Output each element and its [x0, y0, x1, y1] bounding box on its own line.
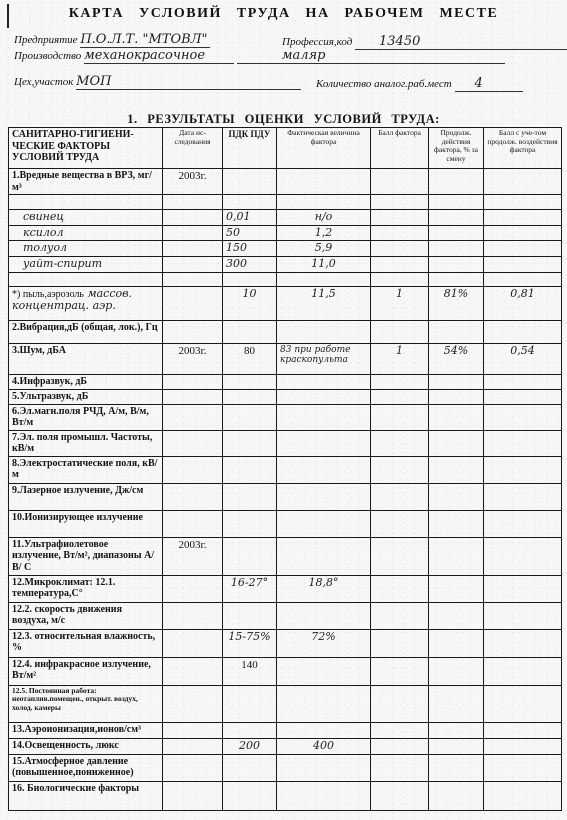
cell-weighted [484, 754, 562, 781]
cell-score: 1 [371, 286, 429, 320]
cell-date [163, 256, 223, 272]
cell-pdk [223, 510, 277, 537]
cell-factor: 8.Электростатические поля, кВ/м [9, 456, 163, 483]
cell-duration [429, 483, 484, 510]
cell-date [163, 657, 223, 685]
table-row [9, 195, 562, 210]
cell-score [371, 629, 429, 657]
cell-weighted [484, 272, 562, 286]
cell-pdk [223, 404, 277, 430]
factor-label: 11.Ультрафиолетовое излучение, Вт/м², ди… [12, 539, 154, 573]
enterprise-field: Предприятие П.О.Л.Т. "МТОВЛ" [14, 32, 210, 48]
cell-date [163, 781, 223, 810]
production-label: Производство [14, 50, 81, 62]
cell-duration [429, 602, 484, 629]
table-row: 1.Вредные вещества в ВРЗ, мг/м³2003г. [9, 169, 562, 195]
factor-label: 6.Эл.магн.поля РЧД, А/м, В/м, Вт/м [12, 406, 149, 429]
cell-factor: 5.Ультразвук, дБ [9, 389, 163, 404]
cell-score [371, 456, 429, 483]
cell-score [371, 374, 429, 389]
cell-weighted [484, 374, 562, 389]
cell-score [371, 272, 429, 286]
cell-pdk: 0,01 [223, 210, 277, 226]
cell-actual [277, 722, 371, 738]
cell-actual [277, 272, 371, 286]
cell-factor: 4.Инфразвук, дБ [9, 374, 163, 389]
cell-pdk: 200 [223, 738, 277, 754]
cell-duration [429, 657, 484, 685]
cell-pdk [223, 320, 277, 343]
cell-pdk [223, 195, 277, 210]
cell-duration [429, 169, 484, 195]
cell-factor: 12.2. скорость движения воздуха, м/с [9, 602, 163, 629]
table-row: 12.5. Постоянная работа: неотаплив.помещ… [9, 685, 562, 722]
cell-pdk: 10 [223, 286, 277, 320]
cell-factor: ксилол [9, 225, 163, 241]
cell-score [371, 483, 429, 510]
cell-pdk [223, 169, 277, 195]
enterprise-label: Предприятие [14, 34, 78, 46]
cell-weighted [484, 629, 562, 657]
cell-weighted [484, 320, 562, 343]
cell-weighted [484, 430, 562, 456]
col-header-score: Балл фактора [371, 128, 429, 169]
cell-duration [429, 781, 484, 810]
profession-code-label: Профессия,код [282, 36, 352, 48]
cell-actual: 5,9 [277, 241, 371, 257]
analog-places-value: 4 [455, 76, 523, 92]
table-row: 8.Электростатические поля, кВ/м [9, 456, 562, 483]
table-row: 14.Освещенность, люкс200400 [9, 738, 562, 754]
cell-actual [277, 430, 371, 456]
cell-date [163, 722, 223, 738]
cell-actual [277, 754, 371, 781]
cell-weighted [484, 404, 562, 430]
cell-date [163, 241, 223, 257]
cell-actual [277, 685, 371, 722]
cell-pdk [223, 374, 277, 389]
cell-date: 2003г. [163, 537, 223, 575]
cell-score [371, 241, 429, 257]
cell-weighted [484, 738, 562, 754]
cell-score [371, 602, 429, 629]
table-row: *) пыль,аэрозоль массов. концентрац. аэр… [9, 286, 562, 320]
cell-weighted [484, 510, 562, 537]
cell-actual [277, 602, 371, 629]
table-row: уайт-спирит30011,0 [9, 256, 562, 272]
cell-date [163, 389, 223, 404]
cell-weighted [484, 722, 562, 738]
cell-actual: н/о [277, 210, 371, 226]
cell-weighted: 0,81 [484, 286, 562, 320]
cell-pdk [223, 272, 277, 286]
cell-factor [9, 195, 163, 210]
factor-label: 2.Вибрация,дБ (общая, лок.), Гц [12, 322, 158, 333]
factor-label: 13.Аэроионизация,ионов/см³ [12, 724, 141, 735]
cell-actual [277, 537, 371, 575]
cell-pdk [223, 537, 277, 575]
cell-score: 1 [371, 343, 429, 374]
table-row: 16. Биологические факторы [9, 781, 562, 810]
table-row: 11.Ультрафиолетовое излучение, Вт/м², ди… [9, 537, 562, 575]
factor-label: 10.Ионизирующее излучение [12, 512, 143, 523]
cell-factor: 2.Вибрация,дБ (общая, лок.), Гц [9, 320, 163, 343]
table-row: 12.3. относительная влажность, %15-75%72… [9, 629, 562, 657]
col-header-weighted: Балл с уче-том продолж. воздействия факт… [484, 128, 562, 169]
table-row: 10.Ионизирующее излучение [9, 510, 562, 537]
cell-actual [277, 195, 371, 210]
cell-date [163, 738, 223, 754]
cell-date [163, 483, 223, 510]
cell-pdk [223, 456, 277, 483]
cell-pdk: 80 [223, 343, 277, 374]
cell-weighted [484, 575, 562, 602]
cell-factor: 1.Вредные вещества в ВРЗ, мг/м³ [9, 169, 163, 195]
factor-label: 12.2. скорость движения воздуха, м/с [12, 604, 122, 627]
cell-score [371, 404, 429, 430]
cell-score [371, 510, 429, 537]
cell-weighted [484, 781, 562, 810]
cell-date [163, 404, 223, 430]
cell-actual: 72% [277, 629, 371, 657]
cell-date: 2003г. [163, 169, 223, 195]
cell-score [371, 657, 429, 685]
cell-weighted [484, 456, 562, 483]
section-title: 1. РЕЗУЛЬТАТЫ ОЦЕНКИ УСЛОВИЙ ТРУДА: [0, 112, 567, 127]
cell-factor: *) пыль,аэрозоль массов. концентрац. аэр… [9, 286, 163, 320]
cell-pdk [223, 685, 277, 722]
factor-label: 9.Лазерное излучение, Дж/см [12, 485, 143, 496]
table-row: 6.Эл.магн.поля РЧД, А/м, В/м, Вт/м [9, 404, 562, 430]
cell-duration [429, 510, 484, 537]
table-row: 3.Шум, дБА2003г.8083 при работе краскопу… [9, 343, 562, 374]
cell-factor: 12.5. Постоянная работа: неотаплив.помещ… [9, 685, 163, 722]
cell-factor: 13.Аэроионизация,ионов/см³ [9, 722, 163, 738]
cell-weighted: 0,54 [484, 343, 562, 374]
cell-date [163, 754, 223, 781]
profession-value: маляр [237, 48, 505, 64]
cell-date [163, 685, 223, 722]
cell-duration [429, 210, 484, 226]
cell-pdk [223, 602, 277, 629]
cell-factor: 9.Лазерное излучение, Дж/см [9, 483, 163, 510]
cell-factor: 6.Эл.магн.поля РЧД, А/м, В/м, Вт/м [9, 404, 163, 430]
cell-weighted [484, 225, 562, 241]
cell-duration [429, 629, 484, 657]
factor-label: 14.Освещенность, люкс [12, 740, 119, 751]
cell-duration [429, 575, 484, 602]
table-row: ксилол501,2 [9, 225, 562, 241]
cell-duration [429, 738, 484, 754]
cell-pdk [223, 389, 277, 404]
table-row: 13.Аэроионизация,ионов/см³ [9, 722, 562, 738]
cell-actual [277, 169, 371, 195]
cell-duration [429, 195, 484, 210]
cell-actual [277, 320, 371, 343]
cell-date [163, 286, 223, 320]
cell-date [163, 575, 223, 602]
cell-weighted [484, 241, 562, 257]
col-header-date: Дата ис-следования [163, 128, 223, 169]
cell-actual: 11,5 [277, 286, 371, 320]
cell-factor: свинец [9, 210, 163, 226]
table-header-row: САНИТАРНО-ГИГИЕНИ-ЧЕСКИЕ ФАКТОРЫ УСЛОВИЙ… [9, 128, 562, 169]
col-header-pdk: ПДК ПДУ [223, 128, 277, 169]
factor-label: свинец [23, 210, 64, 223]
cell-score [371, 738, 429, 754]
cell-weighted [484, 169, 562, 195]
cell-pdk: 16-27° [223, 575, 277, 602]
cell-actual [277, 389, 371, 404]
col-header-duration: Продолж. действия фактора, % за смену [429, 128, 484, 169]
cell-weighted [484, 389, 562, 404]
cell-duration: 81% [429, 286, 484, 320]
cell-factor: 14.Освещенность, люкс [9, 738, 163, 754]
table-row: свинец0,01н/о [9, 210, 562, 226]
factor-label: уайт-спирит [23, 257, 102, 270]
cell-factor [9, 272, 163, 286]
cell-score [371, 169, 429, 195]
cell-score [371, 210, 429, 226]
cell-weighted [484, 210, 562, 226]
cell-weighted [484, 685, 562, 722]
cell-duration [429, 430, 484, 456]
cell-duration [429, 456, 484, 483]
cell-pdk: 300 [223, 256, 277, 272]
cell-actual [277, 404, 371, 430]
cell-actual [277, 510, 371, 537]
cell-duration [429, 537, 484, 575]
cell-duration [429, 320, 484, 343]
cell-duration [429, 685, 484, 722]
cell-actual [277, 657, 371, 685]
cell-weighted [484, 657, 562, 685]
factor-label: 7.Эл. поля промышл. Частоты, кВ/м [12, 432, 152, 455]
factor-label: 12.3. относительная влажность, % [12, 631, 155, 654]
table-row: 12.2. скорость движения воздуха, м/с [9, 602, 562, 629]
analog-places-field: Количество аналог.раб.мест 4 [316, 76, 523, 92]
cell-actual [277, 781, 371, 810]
table-row: толуол1505,9 [9, 241, 562, 257]
analog-places-label: Количество аналог.раб.мест [316, 78, 452, 90]
cell-duration [429, 754, 484, 781]
cell-duration: 54% [429, 343, 484, 374]
col-header-actual: Фактическая величина фактора [277, 128, 371, 169]
cell-duration [429, 256, 484, 272]
cell-factor: 3.Шум, дБА [9, 343, 163, 374]
shop-value: МОП [76, 74, 301, 90]
cell-duration [429, 241, 484, 257]
factor-label: 12.Микроклимат: 12.1. температура,С° [12, 577, 115, 600]
cell-date: 2003г. [163, 343, 223, 374]
table-row: 2.Вибрация,дБ (общая, лок.), Гц [9, 320, 562, 343]
factor-label: 1.Вредные вещества в ВРЗ, мг/м³ [12, 170, 152, 193]
factor-label: 12.5. Постоянная работа: неотаплив.помещ… [12, 686, 138, 712]
cell-actual: 11,0 [277, 256, 371, 272]
cell-actual: 400 [277, 738, 371, 754]
table-row: 15.Атмосферное давление (повышенное,пони… [9, 754, 562, 781]
factor-label: толуол [23, 241, 67, 254]
production-field: Производство механокрасочное маляр [14, 48, 505, 64]
cell-weighted [484, 256, 562, 272]
cell-pdk: 140 [223, 657, 277, 685]
cell-factor: 10.Ионизирующее излучение [9, 510, 163, 537]
cell-date [163, 602, 223, 629]
cell-actual: 18,8° [277, 575, 371, 602]
cell-duration [429, 389, 484, 404]
cell-score [371, 225, 429, 241]
cell-pdk: 50 [223, 225, 277, 241]
cell-factor: 16. Биологические факторы [9, 781, 163, 810]
cell-pdk [223, 722, 277, 738]
cell-date [163, 374, 223, 389]
cell-score [371, 685, 429, 722]
table-row: 5.Ультразвук, дБ [9, 389, 562, 404]
cell-date [163, 210, 223, 226]
cell-date [163, 456, 223, 483]
cell-pdk [223, 754, 277, 781]
table-row: 9.Лазерное излучение, Дж/см [9, 483, 562, 510]
cell-factor: уайт-спирит [9, 256, 163, 272]
shop-label: Цех,участок [14, 76, 73, 88]
factor-label: *) пыль,аэрозоль [12, 289, 84, 300]
col-header-factors: САНИТАРНО-ГИГИЕНИ-ЧЕСКИЕ ФАКТОРЫ УСЛОВИЙ… [9, 128, 163, 169]
cell-pdk [223, 430, 277, 456]
table-row [9, 272, 562, 286]
enterprise-value: П.О.Л.Т. "МТОВЛ" [80, 32, 210, 48]
cell-factor: 15.Атмосферное давление (повышенное,пони… [9, 754, 163, 781]
factor-label: 15.Атмосферное давление (повышенное,пони… [12, 756, 134, 779]
cell-date [163, 225, 223, 241]
cell-duration [429, 225, 484, 241]
cell-weighted [484, 195, 562, 210]
cell-score [371, 430, 429, 456]
cell-score [371, 537, 429, 575]
cell-score [371, 320, 429, 343]
cell-factor: 12.Микроклимат: 12.1. температура,С° [9, 575, 163, 602]
table-row: 7.Эл. поля промышл. Частоты, кВ/м [9, 430, 562, 456]
factor-label: 3.Шум, дБА [12, 345, 66, 356]
factor-label: ксилол [23, 226, 63, 239]
cell-weighted [484, 602, 562, 629]
cell-factor: 11.Ультрафиолетовое излучение, Вт/м², ди… [9, 537, 163, 575]
table-row: 12.Микроклимат: 12.1. температура,С°16-2… [9, 575, 562, 602]
factor-label: 16. Биологические факторы [12, 783, 139, 794]
cell-score [371, 754, 429, 781]
cell-date [163, 272, 223, 286]
cell-duration [429, 374, 484, 389]
cell-actual [277, 483, 371, 510]
cell-date [163, 430, 223, 456]
cell-actual: 1,2 [277, 225, 371, 241]
cell-weighted [484, 483, 562, 510]
table-row: 4.Инфразвук, дБ [9, 374, 562, 389]
cell-pdk [223, 483, 277, 510]
cell-date [163, 510, 223, 537]
cell-score [371, 575, 429, 602]
factor-label: 4.Инфразвук, дБ [12, 376, 87, 387]
cell-date [163, 629, 223, 657]
cell-pdk: 150 [223, 241, 277, 257]
working-conditions-table: САНИТАРНО-ГИГИЕНИ-ЧЕСКИЕ ФАКТОРЫ УСЛОВИЙ… [8, 127, 562, 811]
cell-factor: толуол [9, 241, 163, 257]
factor-label: 12.4. инфракрасное излучение, Вт/м² [12, 659, 151, 682]
factor-label: 8.Электростатические поля, кВ/м [12, 458, 157, 481]
cell-score [371, 256, 429, 272]
cell-actual: 83 при работе краскопульта [277, 343, 371, 374]
cell-actual [277, 456, 371, 483]
document-title: КАРТА УСЛОВИЙ ТРУДА НА РАБОЧЕМ МЕСТЕ [0, 6, 567, 22]
cell-factor: 12.3. относительная влажность, % [9, 629, 163, 657]
cell-actual [277, 374, 371, 389]
cell-weighted [484, 537, 562, 575]
cell-pdk: 15-75% [223, 629, 277, 657]
cell-duration [429, 722, 484, 738]
cell-pdk [223, 781, 277, 810]
table-row: 12.4. инфракрасное излучение, Вт/м²140 [9, 657, 562, 685]
cell-score [371, 722, 429, 738]
shop-field: Цех,участок МОП [14, 74, 301, 90]
cell-duration [429, 404, 484, 430]
cell-date [163, 195, 223, 210]
cell-date [163, 320, 223, 343]
cell-score [371, 389, 429, 404]
cell-factor: 7.Эл. поля промышл. Частоты, кВ/м [9, 430, 163, 456]
cell-score [371, 195, 429, 210]
production-value: механокрасочное [84, 48, 234, 64]
cell-score [371, 781, 429, 810]
cell-duration [429, 272, 484, 286]
factor-label: 5.Ультразвук, дБ [12, 391, 88, 402]
cell-factor: 12.4. инфракрасное излучение, Вт/м² [9, 657, 163, 685]
